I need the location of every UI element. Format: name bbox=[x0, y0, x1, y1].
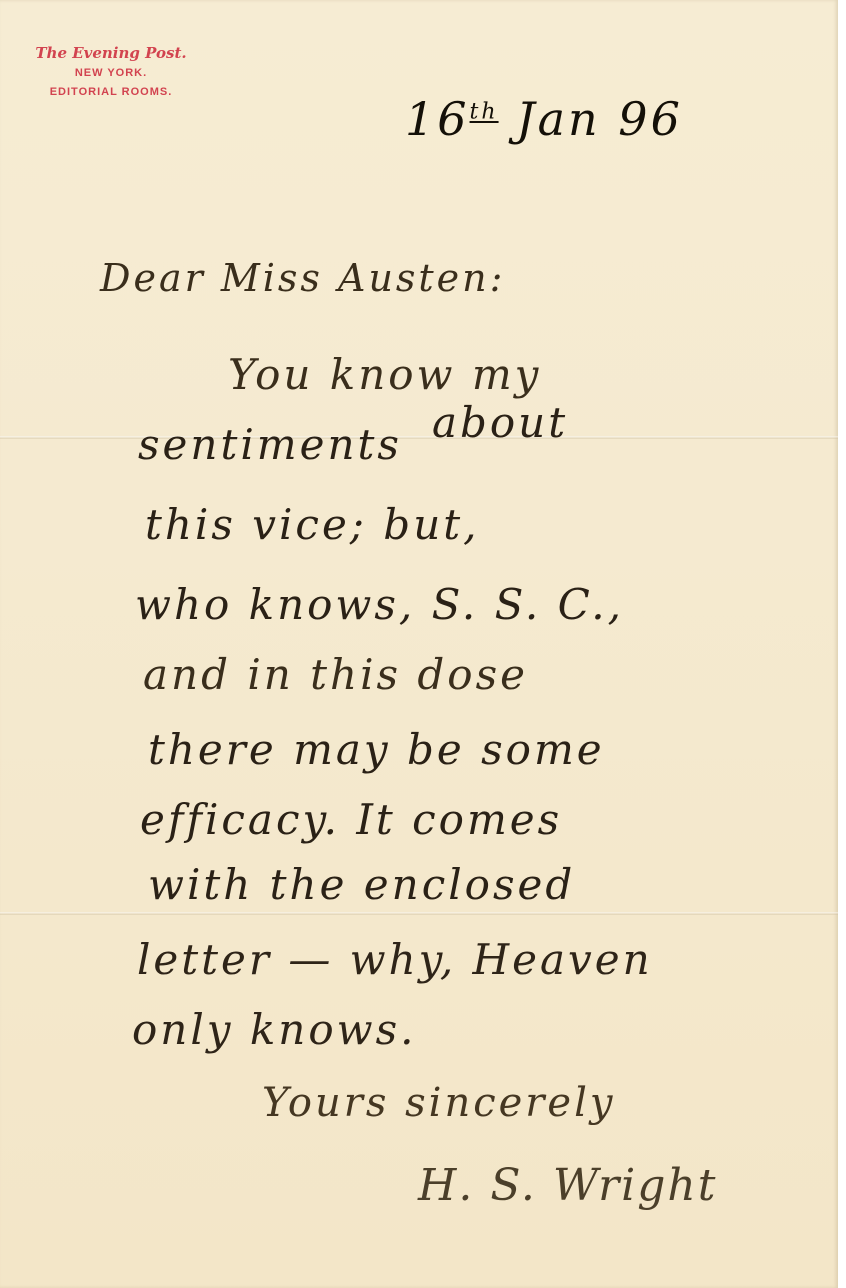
body-line: letter — why, Heaven bbox=[137, 935, 653, 984]
body-line: who knows, S. S. C., bbox=[135, 580, 624, 629]
body-word: sentiments bbox=[138, 420, 402, 469]
letterhead-title: The Evening Post. bbox=[18, 44, 204, 62]
closing: Yours sincerely bbox=[262, 1080, 615, 1126]
body-line: there may be some bbox=[148, 725, 605, 774]
letter-paper: The Evening Post. NEW YORK. EDITORIAL RO… bbox=[0, 0, 838, 1288]
date-month-year: Jan 96 bbox=[516, 92, 683, 146]
fold-line bbox=[0, 912, 838, 915]
letterhead-department: EDITORIAL ROOMS. bbox=[18, 86, 204, 98]
letterhead-city: NEW YORK. bbox=[18, 67, 204, 79]
body-line: and in this dose bbox=[143, 650, 528, 699]
signature: H. S. Wright bbox=[418, 1160, 717, 1211]
date-day: 16 bbox=[405, 92, 470, 146]
body-word-inserted: about bbox=[432, 398, 568, 447]
letter-date: 16th Jan 96 bbox=[405, 92, 683, 146]
body-line: only knows. bbox=[132, 1005, 417, 1054]
body-line: sentimentsabout bbox=[138, 420, 568, 469]
salutation: Dear Miss Austen: bbox=[100, 256, 505, 300]
body-line: with the enclosed bbox=[148, 860, 575, 909]
body-line: You know my bbox=[228, 350, 541, 399]
date-suffix: th bbox=[470, 100, 499, 125]
letterhead: The Evening Post. NEW YORK. EDITORIAL RO… bbox=[18, 44, 204, 98]
body-line: efficacy. It comes bbox=[140, 795, 562, 844]
body-line: this vice; but, bbox=[145, 500, 479, 549]
